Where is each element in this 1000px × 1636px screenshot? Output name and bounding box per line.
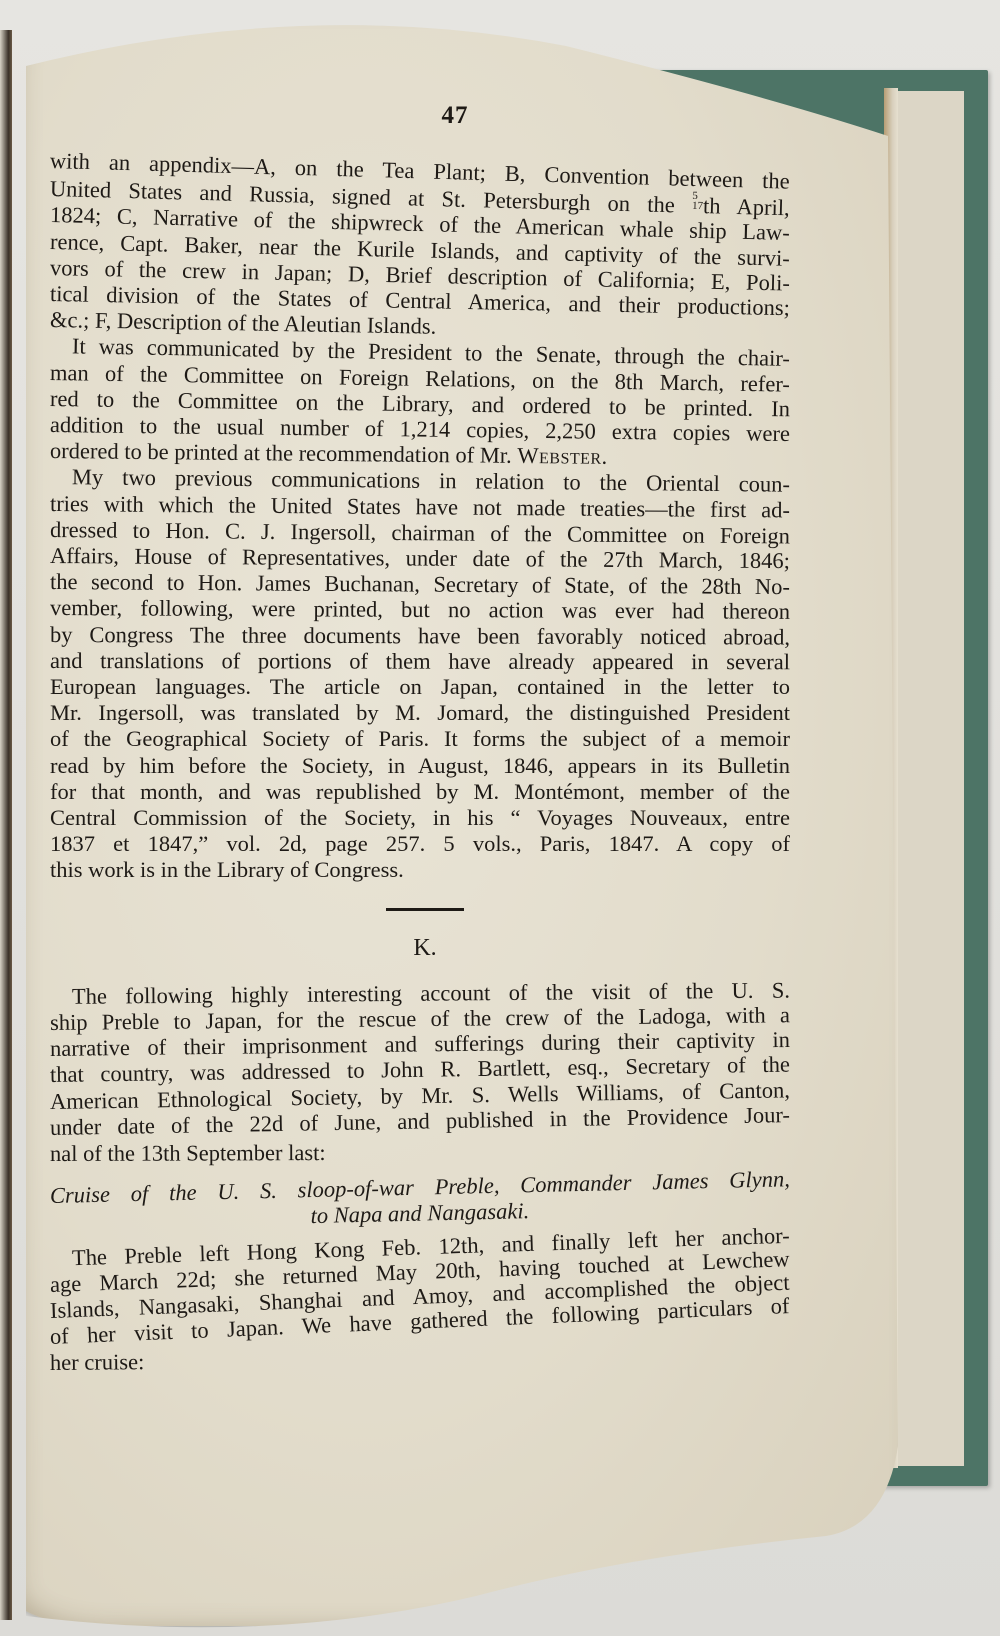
paragraph-appendix: with an appendix—A, on the Tea Plant; B,… <box>50 148 840 333</box>
paragraph-preble-intro: The following highly interesting account… <box>50 984 840 1167</box>
text-line: 1837 et 1847,” vol. 2d, page 257. 5 vols… <box>50 831 790 857</box>
previous-page-edge <box>0 30 12 1620</box>
text-line: read by him before the Society, in Augus… <box>50 753 790 779</box>
text-line: nal of the 13th September last: <box>50 1138 790 1167</box>
endpaper-leaf <box>890 91 964 1466</box>
paragraph-communications: My two previous communications in relati… <box>50 464 840 883</box>
text-line: Mr. Ingersoll, was translated by M. Joma… <box>50 700 790 726</box>
section-heading-k: K. <box>10 935 840 962</box>
name-webster: Webster. <box>517 443 608 469</box>
text-line: vember, following, were printed, but no … <box>50 595 790 625</box>
paragraph-senate: It was communicated by the President to … <box>50 333 840 464</box>
text-line: this work is in the Library of Congress. <box>50 857 790 883</box>
page-content: 47 with an appendix—A, on the Tea Plant;… <box>50 102 840 1377</box>
text-line: her cruise: <box>50 1344 790 1377</box>
page-number: 47 <box>70 102 840 130</box>
book-page: 47 with an appendix—A, on the Tea Plant;… <box>6 6 898 1626</box>
paragraph-preble-body: The Preble left Hong Kong Feb. 12th, and… <box>50 1246 840 1377</box>
text-line: by Congress The three documents have bee… <box>50 622 790 651</box>
text-line: for that month, and was republished by M… <box>50 779 790 805</box>
text-line: of the Geographical Society of Paris. It… <box>50 726 790 752</box>
section-divider <box>386 908 464 911</box>
text-line: European languages. The article on Japan… <box>50 674 790 700</box>
text-line: Central Commission of the Society, in hi… <box>50 805 790 831</box>
text-line: and translations of portions of them hav… <box>50 648 790 675</box>
